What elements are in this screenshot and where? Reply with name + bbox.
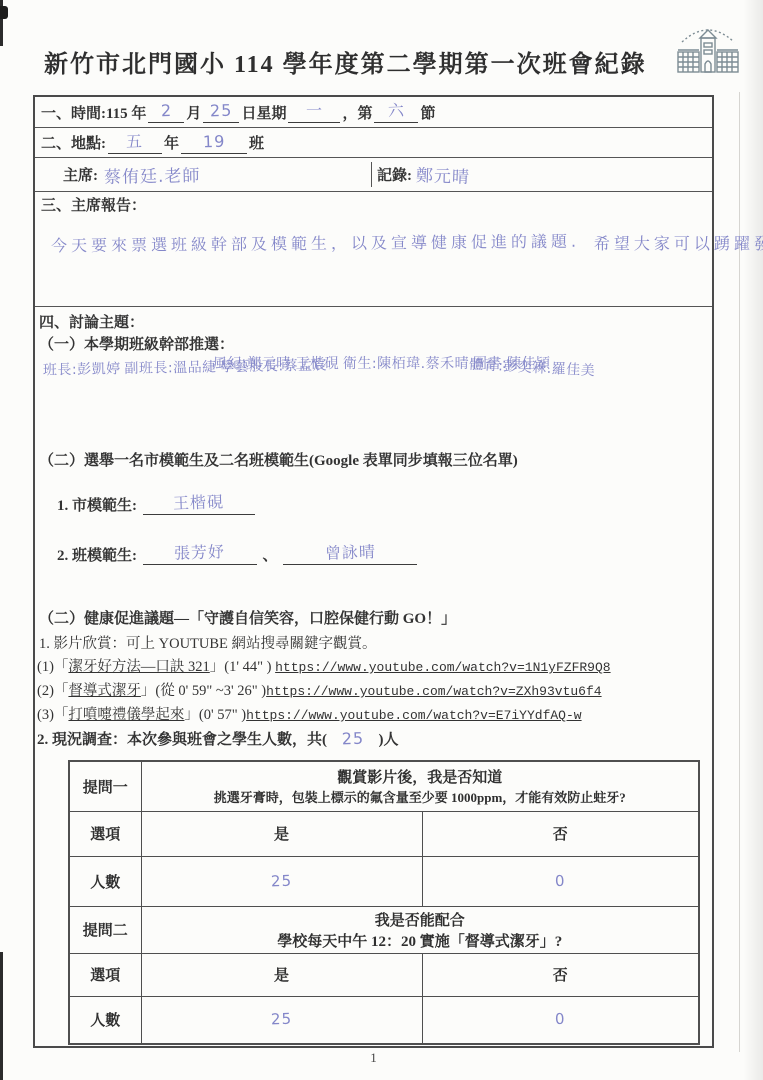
question1-line1: 觀賞影片後，我是否知道 (142, 766, 699, 787)
question2-line1: 我是否能配合 (142, 909, 699, 930)
options-row: 選項 是 否 (69, 953, 699, 996)
officers-column-3: 體育:彭奕箖.羅佳美 (468, 354, 595, 388)
model-separator: 、 (263, 548, 278, 564)
video-duration: 」(1' 44" ) (210, 659, 275, 675)
officer-entry: 班長:彭凱婷 (43, 358, 121, 386)
question1-line2: 挑選牙膏時，包裝上標示的氟含量至少要 1000ppm，才能有效防止蛀牙? (142, 787, 699, 806)
grade-suffix: 年 (164, 132, 179, 153)
officer-entry: 副班長:溫品緁 (124, 356, 217, 385)
question1-text-cell: 觀賞影片後，我是否知道 挑選牙膏時，包裝上標示的氟含量至少要 1000ppm，才… (141, 761, 699, 811)
video-line-3: (3)「打噴嚏禮儀學起來」(0' 57" )https://www.youtub… (37, 703, 582, 724)
yes-option-cell: 是 (141, 811, 422, 856)
weekday-suffix: ，第 (342, 102, 372, 123)
chair-report-heading: 三、主席報告： (41, 194, 706, 215)
options-label-cell: 選項 (69, 953, 141, 996)
recorder-cell: 記錄: 鄭元晴 (372, 162, 712, 187)
video-line-2: (2)「督導式潔牙」(從 0' 59" ~3' 26" )https://www… (37, 679, 602, 700)
page-number: 1 (33, 1050, 714, 1066)
class-model-field-1: 張芳妤 (143, 543, 257, 565)
video-prefix: (2)「 (37, 683, 68, 699)
video-prefix: (3)「 (37, 707, 68, 723)
question2-label-cell: 提問二 (69, 906, 141, 953)
count-row: 人數 25 0 (69, 856, 699, 906)
attendance-suffix: )人 (379, 732, 399, 748)
recorder-label: 記錄: (377, 164, 412, 185)
period-field: 六 (374, 101, 418, 123)
video-title: 潔牙好方法—口訣 321 (68, 659, 209, 675)
chair-label: 主席: (63, 164, 98, 185)
question1-label-cell: 提問一 (69, 761, 141, 811)
model-student-heading: （二）選舉一名市模範生及二名班模範生(Google 表單同步填報三位名單) (39, 449, 518, 470)
attendance-count: 25 (330, 728, 375, 749)
time-row: 一、時間:115 年 2 月 25 日星期 一 ，第 六 節 (35, 97, 712, 128)
officer-entry: 風紀:鄭元晴.王楷硯 (213, 353, 339, 380)
video-url-link[interactable]: https://www.youtube.com/watch?v=E7iYYdfA… (246, 708, 581, 723)
day-suffix: 日星期 (241, 102, 286, 123)
chair-recorder-row: 主席: 蔡侑廷.老師 記錄: 鄭元晴 (35, 158, 712, 192)
health-topic-heading: （二）健康促進議題—「守護自信笑容，口腔保健行動 GO！」 (39, 607, 456, 628)
class-model-label: 2. 班模範生: (57, 548, 137, 564)
class-model-field-2: 曾詠晴 (283, 543, 417, 565)
survey-table: 提問一 觀賞影片後，我是否知道 挑選牙膏時，包裝上標示的氟含量至少要 1000p… (68, 760, 700, 1045)
school-gate-emblem-icon (668, 16, 748, 88)
question1-row: 提問一 觀賞影片後，我是否知道 挑選牙膏時，包裝上標示的氟含量至少要 1000p… (69, 761, 699, 811)
city-model-line: 1. 市模範生: 王楷硯 (57, 493, 257, 515)
count-label-cell: 人數 (69, 856, 141, 906)
video-prefix: (1)「 (37, 659, 68, 675)
yes-option-cell: 是 (141, 953, 422, 996)
question2-text-cell: 我是否能配合 學校每天中午 12：20 實施「督導式潔牙」? (141, 906, 699, 953)
officers-heading: （一）本學期班級幹部推選： (39, 333, 234, 354)
q1-no-count-cell: 0 (422, 856, 699, 906)
options-row: 選項 是 否 (69, 811, 699, 856)
q2-yes-count-cell: 25 (141, 996, 422, 1044)
no-option-cell: 否 (422, 811, 699, 856)
attendance-line: 2. 現況調查：本次參與班會之學生人數，共( 25 )人 (37, 728, 399, 749)
scan-edge-mark (0, 952, 3, 1080)
video-url-link[interactable]: https://www.youtube.com/watch?v=ZXh93vtu… (266, 684, 601, 699)
discussion-heading: 四、討論主題： (39, 311, 144, 332)
class-field: 19 (181, 132, 247, 154)
month-field: 2 (148, 101, 184, 123)
chair-name: 蔡侑廷.老師 (104, 161, 201, 188)
period-suffix: 節 (420, 102, 435, 123)
officer-entry: 體育:彭奕箖.羅佳美 (468, 354, 595, 388)
report-line-1: 今天要來票選班級幹部及模範生，以及宣導健康促進的議題. (51, 229, 580, 257)
chair-cell: 主席: 蔡侑廷.老師 (35, 162, 372, 187)
count-label-cell: 人數 (69, 996, 141, 1044)
video-title: 打噴嚏禮儀學起來 (68, 707, 184, 723)
discussion-section: 四、討論主題： （一）本學期班級幹部推選： 班長:彭凱婷 副班長:溫品緁 學藝股… (35, 307, 712, 1046)
video-title: 督導式潔牙 (68, 683, 141, 699)
video-intro-line: 1. 影片欣賞：可上 YOUTUBE 網站搜尋關鍵字觀賞。 (39, 632, 377, 653)
city-model-field: 王楷硯 (143, 493, 255, 515)
meeting-record-form: 一、時間:115 年 2 月 25 日星期 一 ，第 六 節 二、地點: 五 年… (33, 95, 714, 1048)
day-field: 25 (203, 101, 239, 123)
scan-corner-blob (0, 6, 8, 19)
location-row: 二、地點: 五 年 19 班 (35, 128, 712, 158)
q1-yes-count-cell: 25 (141, 856, 422, 906)
grade-field: 五 (108, 132, 162, 154)
video-url-link[interactable]: https://www.youtube.com/watch?v=1N1yFZFR… (275, 660, 610, 675)
chair-report-section: 三、主席報告： 今天要來票選班級幹部及模範生，以及宣導健康促進的議題. 希望大家… (35, 192, 712, 307)
video-duration: 」(0' 57" ) (184, 707, 246, 723)
city-model-label: 1. 市模範生: (57, 498, 137, 514)
weekday-field: 一 (288, 101, 340, 123)
month-suffix: 月 (186, 102, 201, 123)
officer-entry: 衛生:陳栢瑋.蔡禾晴 (343, 353, 469, 380)
class-suffix: 班 (249, 132, 264, 153)
video-duration: 」(從 0' 59" ~3' 26" ) (141, 683, 266, 699)
page-title: 新竹市北門國小 114 學年度第二學期第一次班會紀錄 (44, 44, 647, 79)
options-label-cell: 選項 (69, 811, 141, 856)
class-model-line: 2. 班模範生: 張芳妤 、 曾詠晴 (57, 543, 419, 565)
q2-no-count-cell: 0 (422, 996, 699, 1044)
time-label: 一、時間:115 年 (41, 102, 146, 123)
attendance-prefix: 2. 現況調查：本次參與班會之學生人數，共( (37, 732, 327, 748)
question2-row: 提問二 我是否能配合 學校每天中午 12：20 實施「督導式潔牙」? (69, 906, 699, 953)
location-label: 二、地點: (41, 132, 106, 153)
paper-edge-shadow (743, 0, 763, 1080)
no-option-cell: 否 (422, 953, 699, 996)
video-line-1: (1)「潔牙好方法—口訣 321」(1' 44" ) https://www.y… (37, 655, 611, 676)
count-row: 人數 25 0 (69, 996, 699, 1044)
report-line-2: 希望大家可以踴躍發表及投票！ (594, 231, 763, 254)
recorder-name: 鄭元晴 (416, 161, 471, 188)
question2-line2: 學校每天中午 12：20 實施「督導式潔牙」? (142, 930, 699, 951)
